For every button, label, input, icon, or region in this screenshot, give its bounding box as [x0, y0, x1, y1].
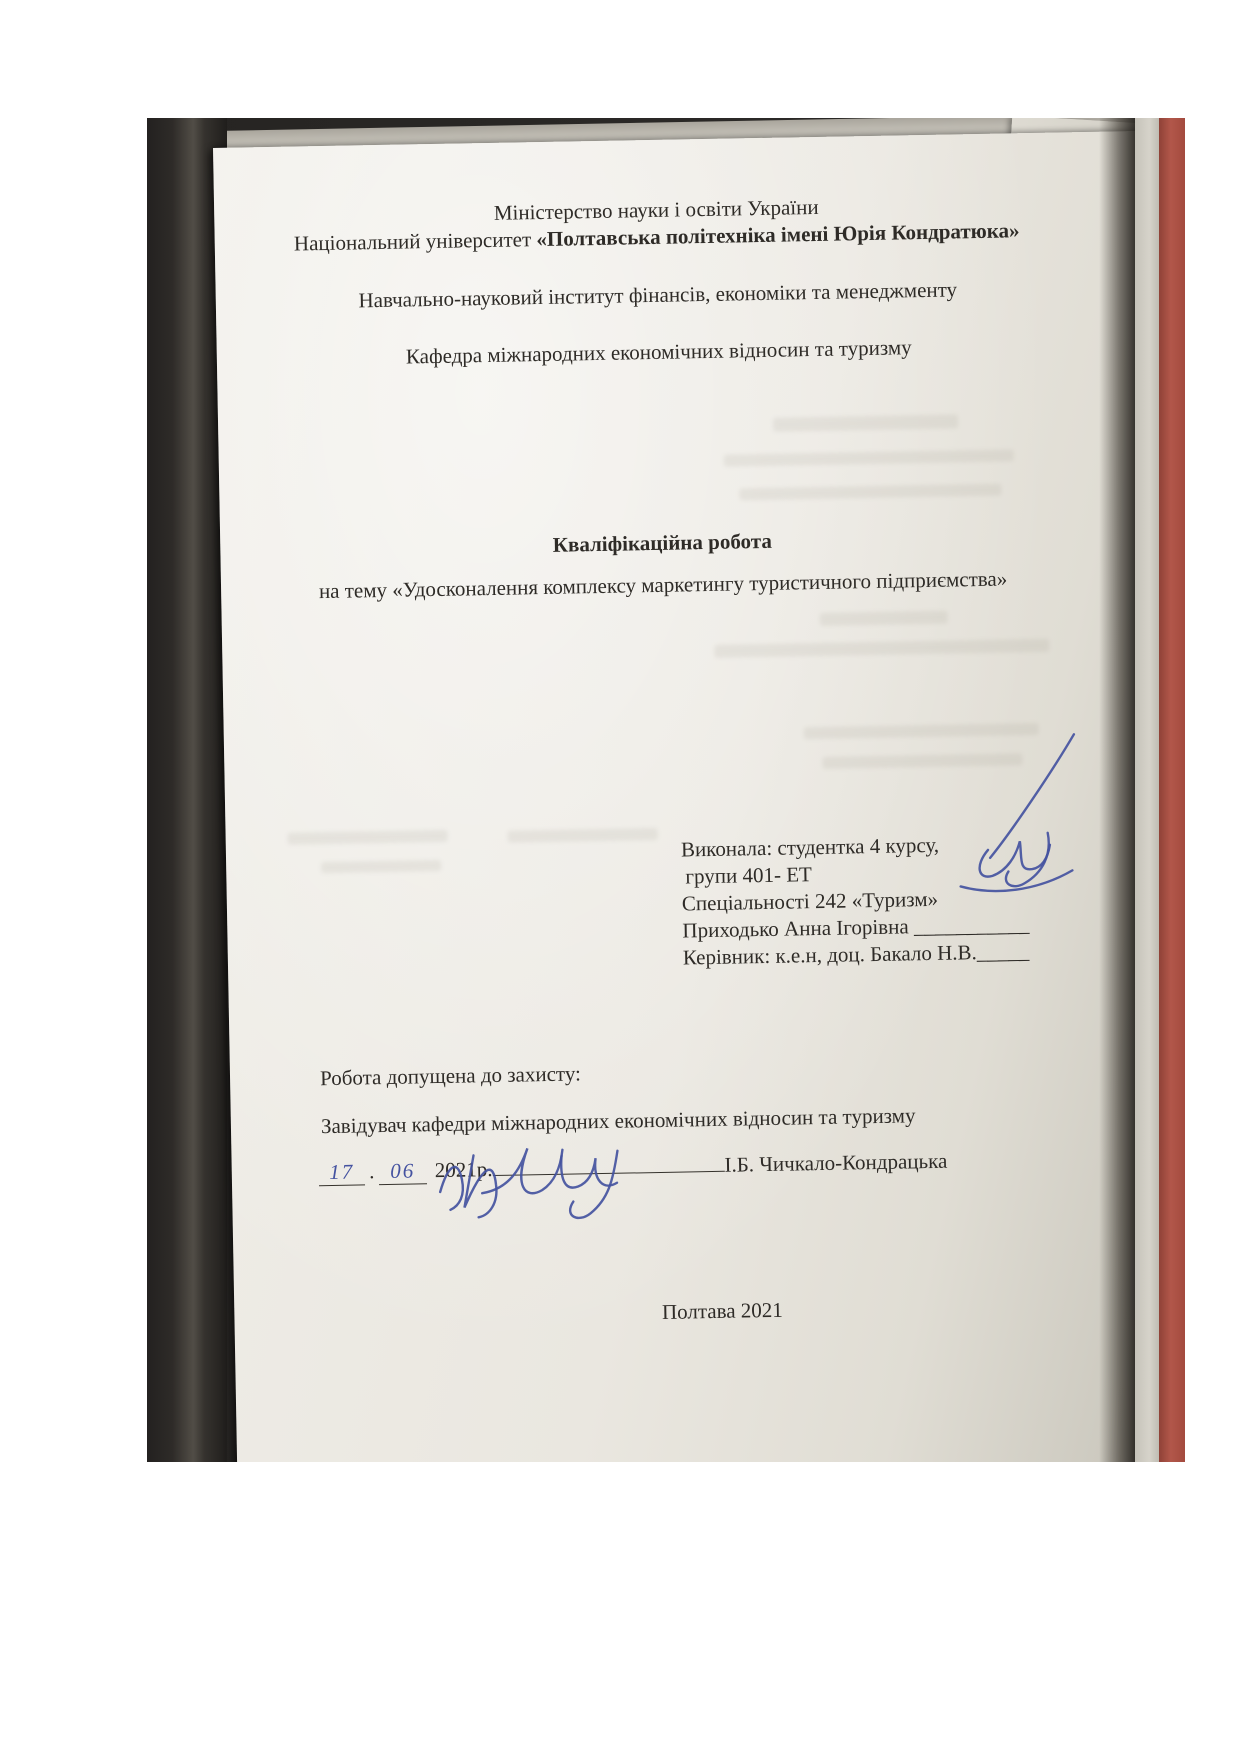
- fold-shadow: [1099, 118, 1135, 1462]
- student-signature: [952, 728, 1087, 902]
- author-line-3: Спеціальності 242 «Туризм»: [682, 886, 939, 917]
- bleed-through-text: [288, 830, 448, 845]
- bleed-through-text: [714, 639, 1049, 658]
- title-page-content: Міністерство науки і освіти України Наці…: [213, 131, 1176, 1462]
- admission-line-1: Робота допущена до захисту:: [320, 1060, 581, 1091]
- work-topic: на тему «Удосконалення комплексу маркети…: [221, 564, 1105, 606]
- handwritten-day: 17: [319, 1158, 365, 1186]
- head-signature: [421, 1132, 673, 1229]
- red-cover-strip: [1159, 118, 1185, 1462]
- bleed-through-text: [773, 414, 958, 431]
- bleed-through-text: [508, 828, 658, 843]
- university-prefix: Національний університет: [294, 227, 537, 255]
- work-title: Кваліфікаційна робота: [220, 522, 1104, 564]
- bleed-through-text: [739, 484, 1001, 501]
- author-line-5: Керівник: к.е.н, доц. Бакало Н.В._____: [683, 938, 1030, 970]
- head-name: І.Б. Чичкало-Кондрацька: [724, 1148, 947, 1178]
- bleed-through-text: [321, 860, 441, 873]
- date-dot: .: [365, 1158, 379, 1184]
- author-line-1: Виконала: студентка 4 курсу,: [681, 832, 940, 863]
- bleed-through-text: [724, 449, 1014, 466]
- sheet-edge-strip: [1135, 118, 1159, 1462]
- author-line-2: групи 401- ЕТ: [685, 861, 812, 889]
- department-line: Кафедра міжнародних економічних відносин…: [217, 331, 1101, 373]
- folder-edge: [147, 118, 227, 1462]
- handwritten-month: 06: [379, 1157, 427, 1185]
- bleed-through-text: [820, 611, 948, 626]
- institute-line: Навчально-науковий інститут фінансів, ек…: [216, 274, 1100, 316]
- title-page: Міністерство науки і освіти України Наці…: [213, 131, 1176, 1462]
- city-year-footer: Полтава 2021: [322, 1291, 1122, 1332]
- photo-of-document: Міністерство науки і освіти України Наці…: [147, 118, 1185, 1462]
